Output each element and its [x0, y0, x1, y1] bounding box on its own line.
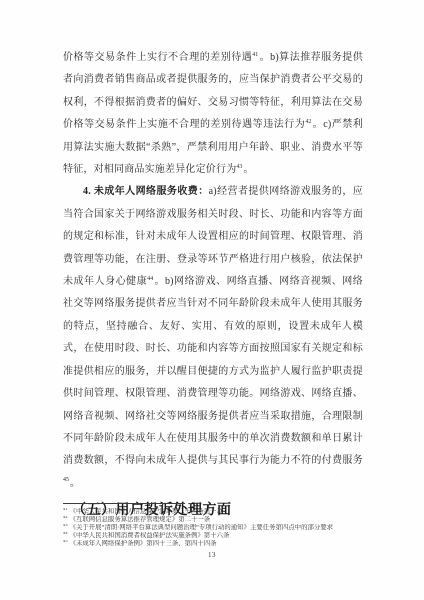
footnote-item: 45《未成年人网络保护条例》第四十三条、第四十四条	[63, 540, 371, 548]
footnote-number: 44	[63, 532, 68, 535]
footnote-text: 《未成年人网络保护条例》第四十三条、第四十四条	[70, 540, 217, 547]
footnote-marker: 43	[236, 164, 242, 170]
bold-run: 4. 未成年人网络服务收费：	[83, 186, 209, 197]
footnote-section: 41《中华人民共和国个人信息保护法》第二十四条第一款42《互联网信息服务算法推荐…	[63, 503, 371, 548]
footnote-marker: 45	[63, 477, 69, 483]
body-paragraph: 价格等交易条件上实行不合理的差别待遇41。b)算法推荐服务提供者向消费者销售商品…	[63, 47, 363, 181]
footnote-marker: 44	[147, 276, 153, 282]
text-run: 。b)网络游戏、网络直播、网络音视频、网络社交等网络服务提供者应当针对不同年龄阶…	[63, 276, 363, 466]
footnote-text: 《中华人民共和国个人信息保护法》第二十四条第一款	[70, 508, 223, 515]
footnote-list: 41《中华人民共和国个人信息保护法》第二十四条第一款42《互联网信息服务算法推荐…	[63, 508, 371, 548]
footnote-number: 45	[63, 540, 68, 543]
footnote-item: 41《中华人民共和国个人信息保护法》第二十四条第一款	[63, 508, 371, 516]
footnote-number: 42	[63, 516, 68, 519]
footnote-item: 42《互联网信息服务算法推荐管理规定》第二十一条	[63, 516, 371, 524]
text-run: 。	[243, 164, 253, 175]
text-run: 价格等交易条件上实行不合理的差别待遇	[63, 52, 252, 63]
footnote-marker: 41	[252, 52, 258, 58]
footnote-text: 《中华人民共和国消费者权益保护法实施条例》第十六条	[70, 532, 230, 539]
text-run: a)经营者提供网络游戏服务的，应当符合国家关于网络游戏服务相关时段、时长、功能和…	[63, 186, 363, 287]
document-content: 价格等交易条件上实行不合理的差别待遇41。b)算法推荐服务提供者向消费者销售商品…	[63, 47, 363, 522]
footnote-item: 44《中华人民共和国消费者权益保护法实施条例》第十六条	[63, 532, 371, 540]
footnote-separator	[63, 503, 185, 504]
text-run: 。	[70, 478, 80, 489]
page-number: 13	[0, 551, 424, 559]
footnote-number: 41	[63, 508, 68, 511]
footnote-text: 《互联网信息服务算法推荐管理规定》第二十一条	[70, 516, 211, 523]
footnote-marker: 42	[305, 119, 311, 125]
document-page: 价格等交易条件上实行不合理的差别待遇41。b)算法推荐服务提供者向消费者销售商品…	[0, 0, 424, 600]
footnote-item: 43《关于开展“清朗·网络平台算法典型问题治理”专项行动的通知》主要任务第四点中…	[63, 524, 371, 532]
footnote-number: 43	[63, 524, 68, 527]
footnote-text: 《关于开展“清朗·网络平台算法典型问题治理”专项行动的通知》主要任务第四点中的部…	[70, 524, 333, 531]
body-paragraph: 4. 未成年人网络服务收费：a)经营者提供网络游戏服务的，应当符合国家关于网络游…	[63, 181, 363, 495]
